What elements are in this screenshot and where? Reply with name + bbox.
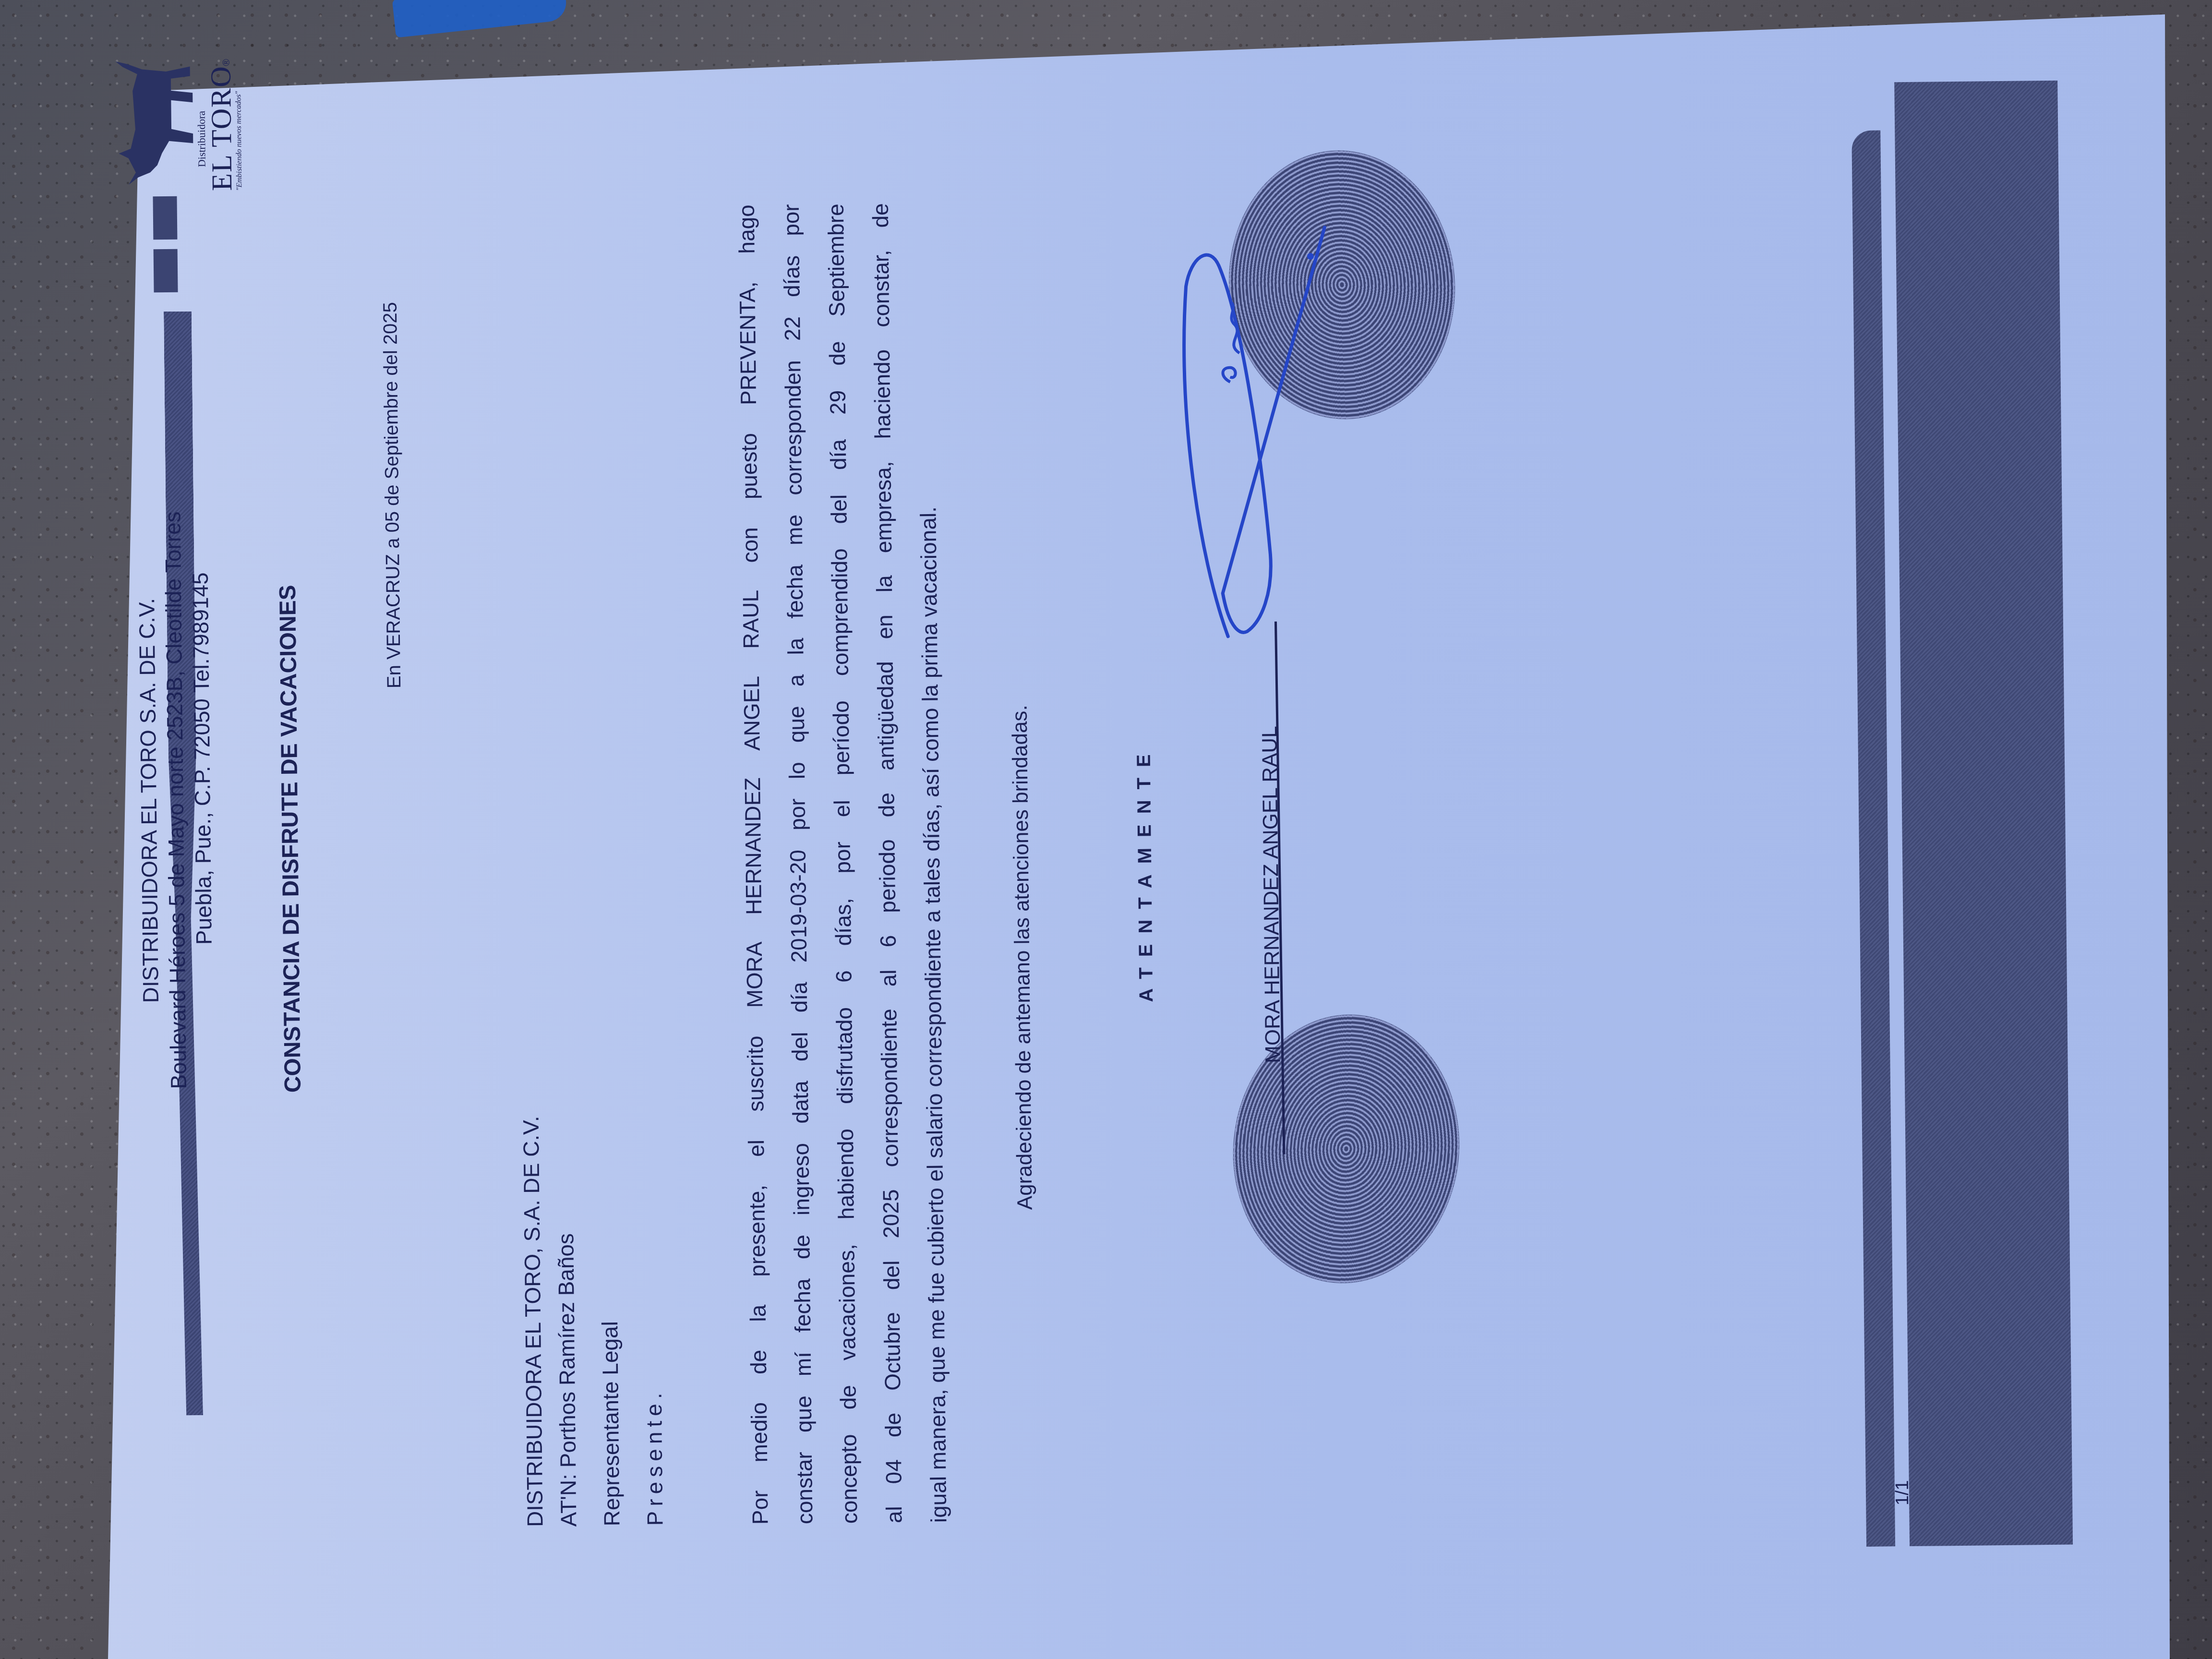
logo-tagline: "Embistiendo nuevos mercados": [234, 91, 244, 191]
footer-decorative-bar-thin: [1851, 131, 1895, 1547]
header-decorative-dash: [153, 196, 177, 240]
addressee-present: Presente.: [641, 1388, 668, 1526]
addressee-attention: AT'N: Porthos Ramírez Baños: [553, 1233, 581, 1527]
header-decorative-dash: [154, 249, 178, 293]
document-title: CONSTANCIA DE DISFRUTE DE VACACIONES: [275, 585, 306, 1093]
header-company: DISTRIBUIDORA EL TORO S.A. DE C.V.: [133, 598, 164, 1003]
company-logo: Distribuidora EL TORO "Embistiendo nuevo…: [108, 56, 234, 187]
header-address-line-2: Puebla, Pue., C.P. 72050 Tel.7989145: [187, 572, 217, 945]
handwritten-signature: [1166, 217, 1372, 651]
addressee-role: Representante Legal: [597, 1321, 625, 1527]
bull-icon: [108, 57, 201, 187]
fingerprint-left: [1221, 1004, 1471, 1293]
footer-decorative-bar: [1894, 81, 2073, 1546]
logo-name: EL TORO: [204, 65, 239, 191]
sign-off: ATENTAMENTE: [1133, 744, 1158, 1002]
place-date: En VERACRUZ a 05 de Septiembre del 2025: [380, 302, 405, 688]
blue-tape: [392, 0, 568, 38]
addressee-company: DISTRIBUIDORA EL TORO, S.A. DE C.V.: [518, 1116, 548, 1527]
body-paragraph: Por medio de la presente, el suscrito MO…: [724, 203, 962, 1525]
page-number: 1/1: [1892, 1480, 1913, 1505]
document-page: DISTRIBUIDORA EL TORO S.A. DE C.V. Boule…: [108, 36, 2164, 1642]
closing-text: Agradeciendo de antemano las atenciones …: [1008, 705, 1037, 1210]
registered-icon: ®: [221, 59, 232, 66]
signer-name: MORA HERNANDEZ ANGEL RAUL: [1258, 726, 1285, 1063]
